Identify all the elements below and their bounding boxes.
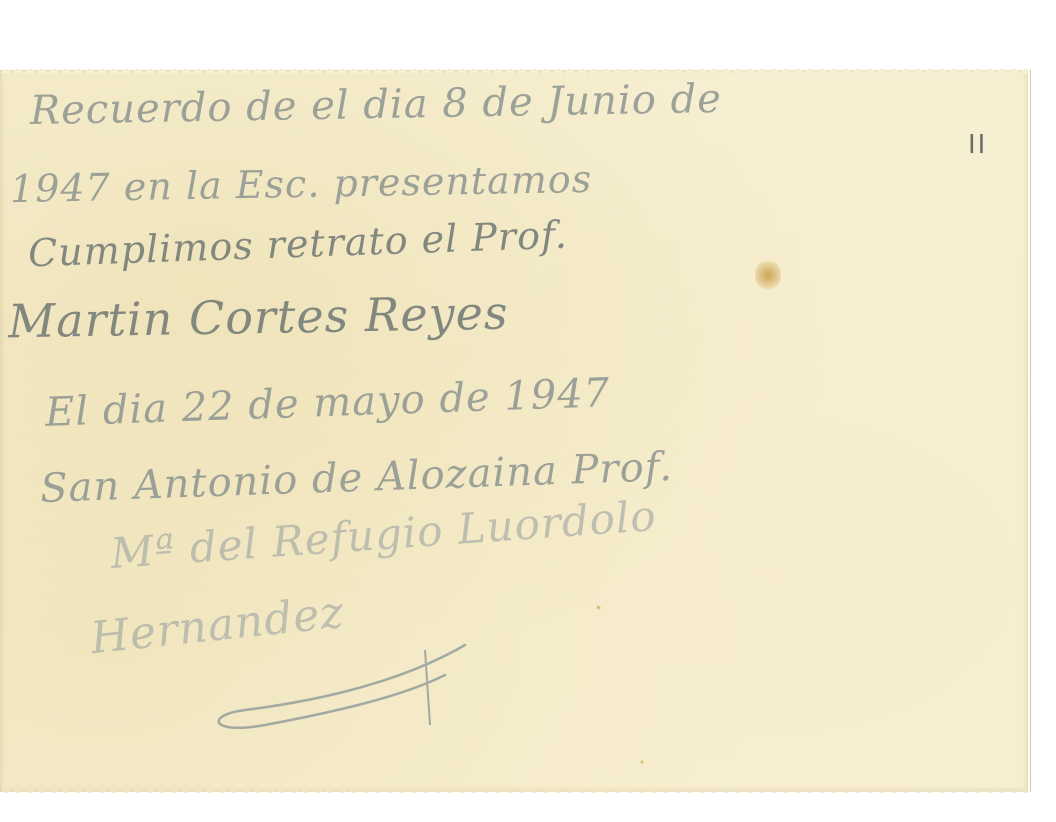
spot bbox=[596, 605, 601, 610]
spot bbox=[640, 760, 644, 764]
signature-flourish-icon bbox=[205, 640, 475, 730]
card-edge-right bbox=[1024, 70, 1031, 792]
deckled-edge-bottom bbox=[0, 788, 1028, 796]
handwritten-line-4: Martin Cortes Reyes bbox=[8, 286, 509, 349]
rust-stain bbox=[755, 258, 781, 292]
deckled-edge-top bbox=[0, 66, 1028, 74]
corner-mark: II bbox=[968, 130, 987, 160]
